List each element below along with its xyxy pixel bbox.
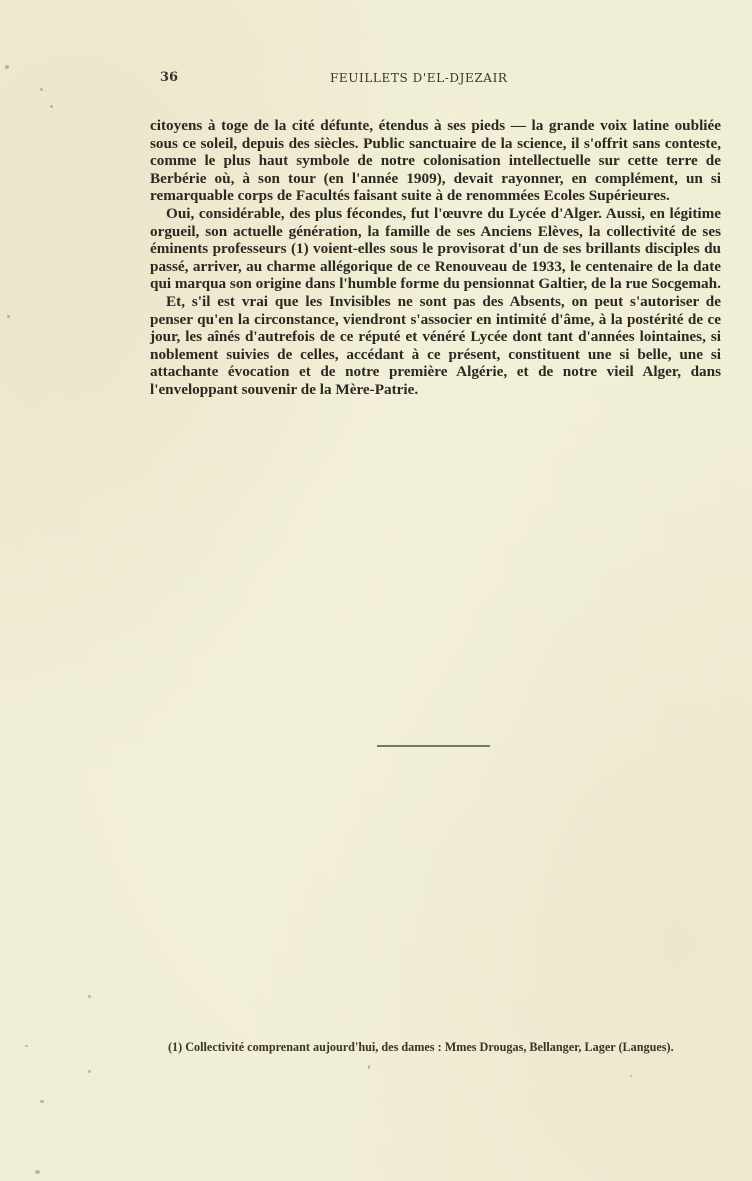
page-number: 36: [160, 70, 178, 85]
paragraph-3: Et, s'il est vrai que les Invisibles ne …: [150, 293, 721, 399]
paper-speck: [40, 1100, 44, 1103]
paper-speck: [88, 995, 91, 998]
page-header: 36 FEUILLETS D'EL-DJEZAIR: [160, 70, 720, 90]
footnote: (1) Collectivité comprenant aujourd'hui,…: [146, 1040, 721, 1055]
paper-speck: [50, 105, 53, 108]
paper-speck: [35, 1170, 40, 1174]
paper-speck: [5, 65, 9, 69]
body-text: citoyens à toge de la cité défunte, éten…: [150, 117, 721, 399]
paper-speck: [40, 88, 43, 91]
scanned-page: 36 FEUILLETS D'EL-DJEZAIR citoyens à tog…: [0, 0, 752, 1181]
running-title: FEUILLETS D'EL-DJEZAIR: [330, 71, 508, 85]
paragraph-2: Oui, considérable, des plus fécondes, fu…: [150, 205, 721, 293]
section-separator-rule: [377, 745, 490, 747]
paper-speck: [368, 1065, 370, 1069]
paper-speck: [25, 1045, 28, 1047]
paragraph-1: citoyens à toge de la cité défunte, éten…: [150, 117, 721, 205]
paper-speck: [88, 1070, 91, 1073]
paper-speck: [630, 1075, 632, 1077]
paper-speck: [7, 315, 10, 318]
footnote-text: (1) Collectivité comprenant aujourd'hui,…: [146, 1040, 721, 1055]
